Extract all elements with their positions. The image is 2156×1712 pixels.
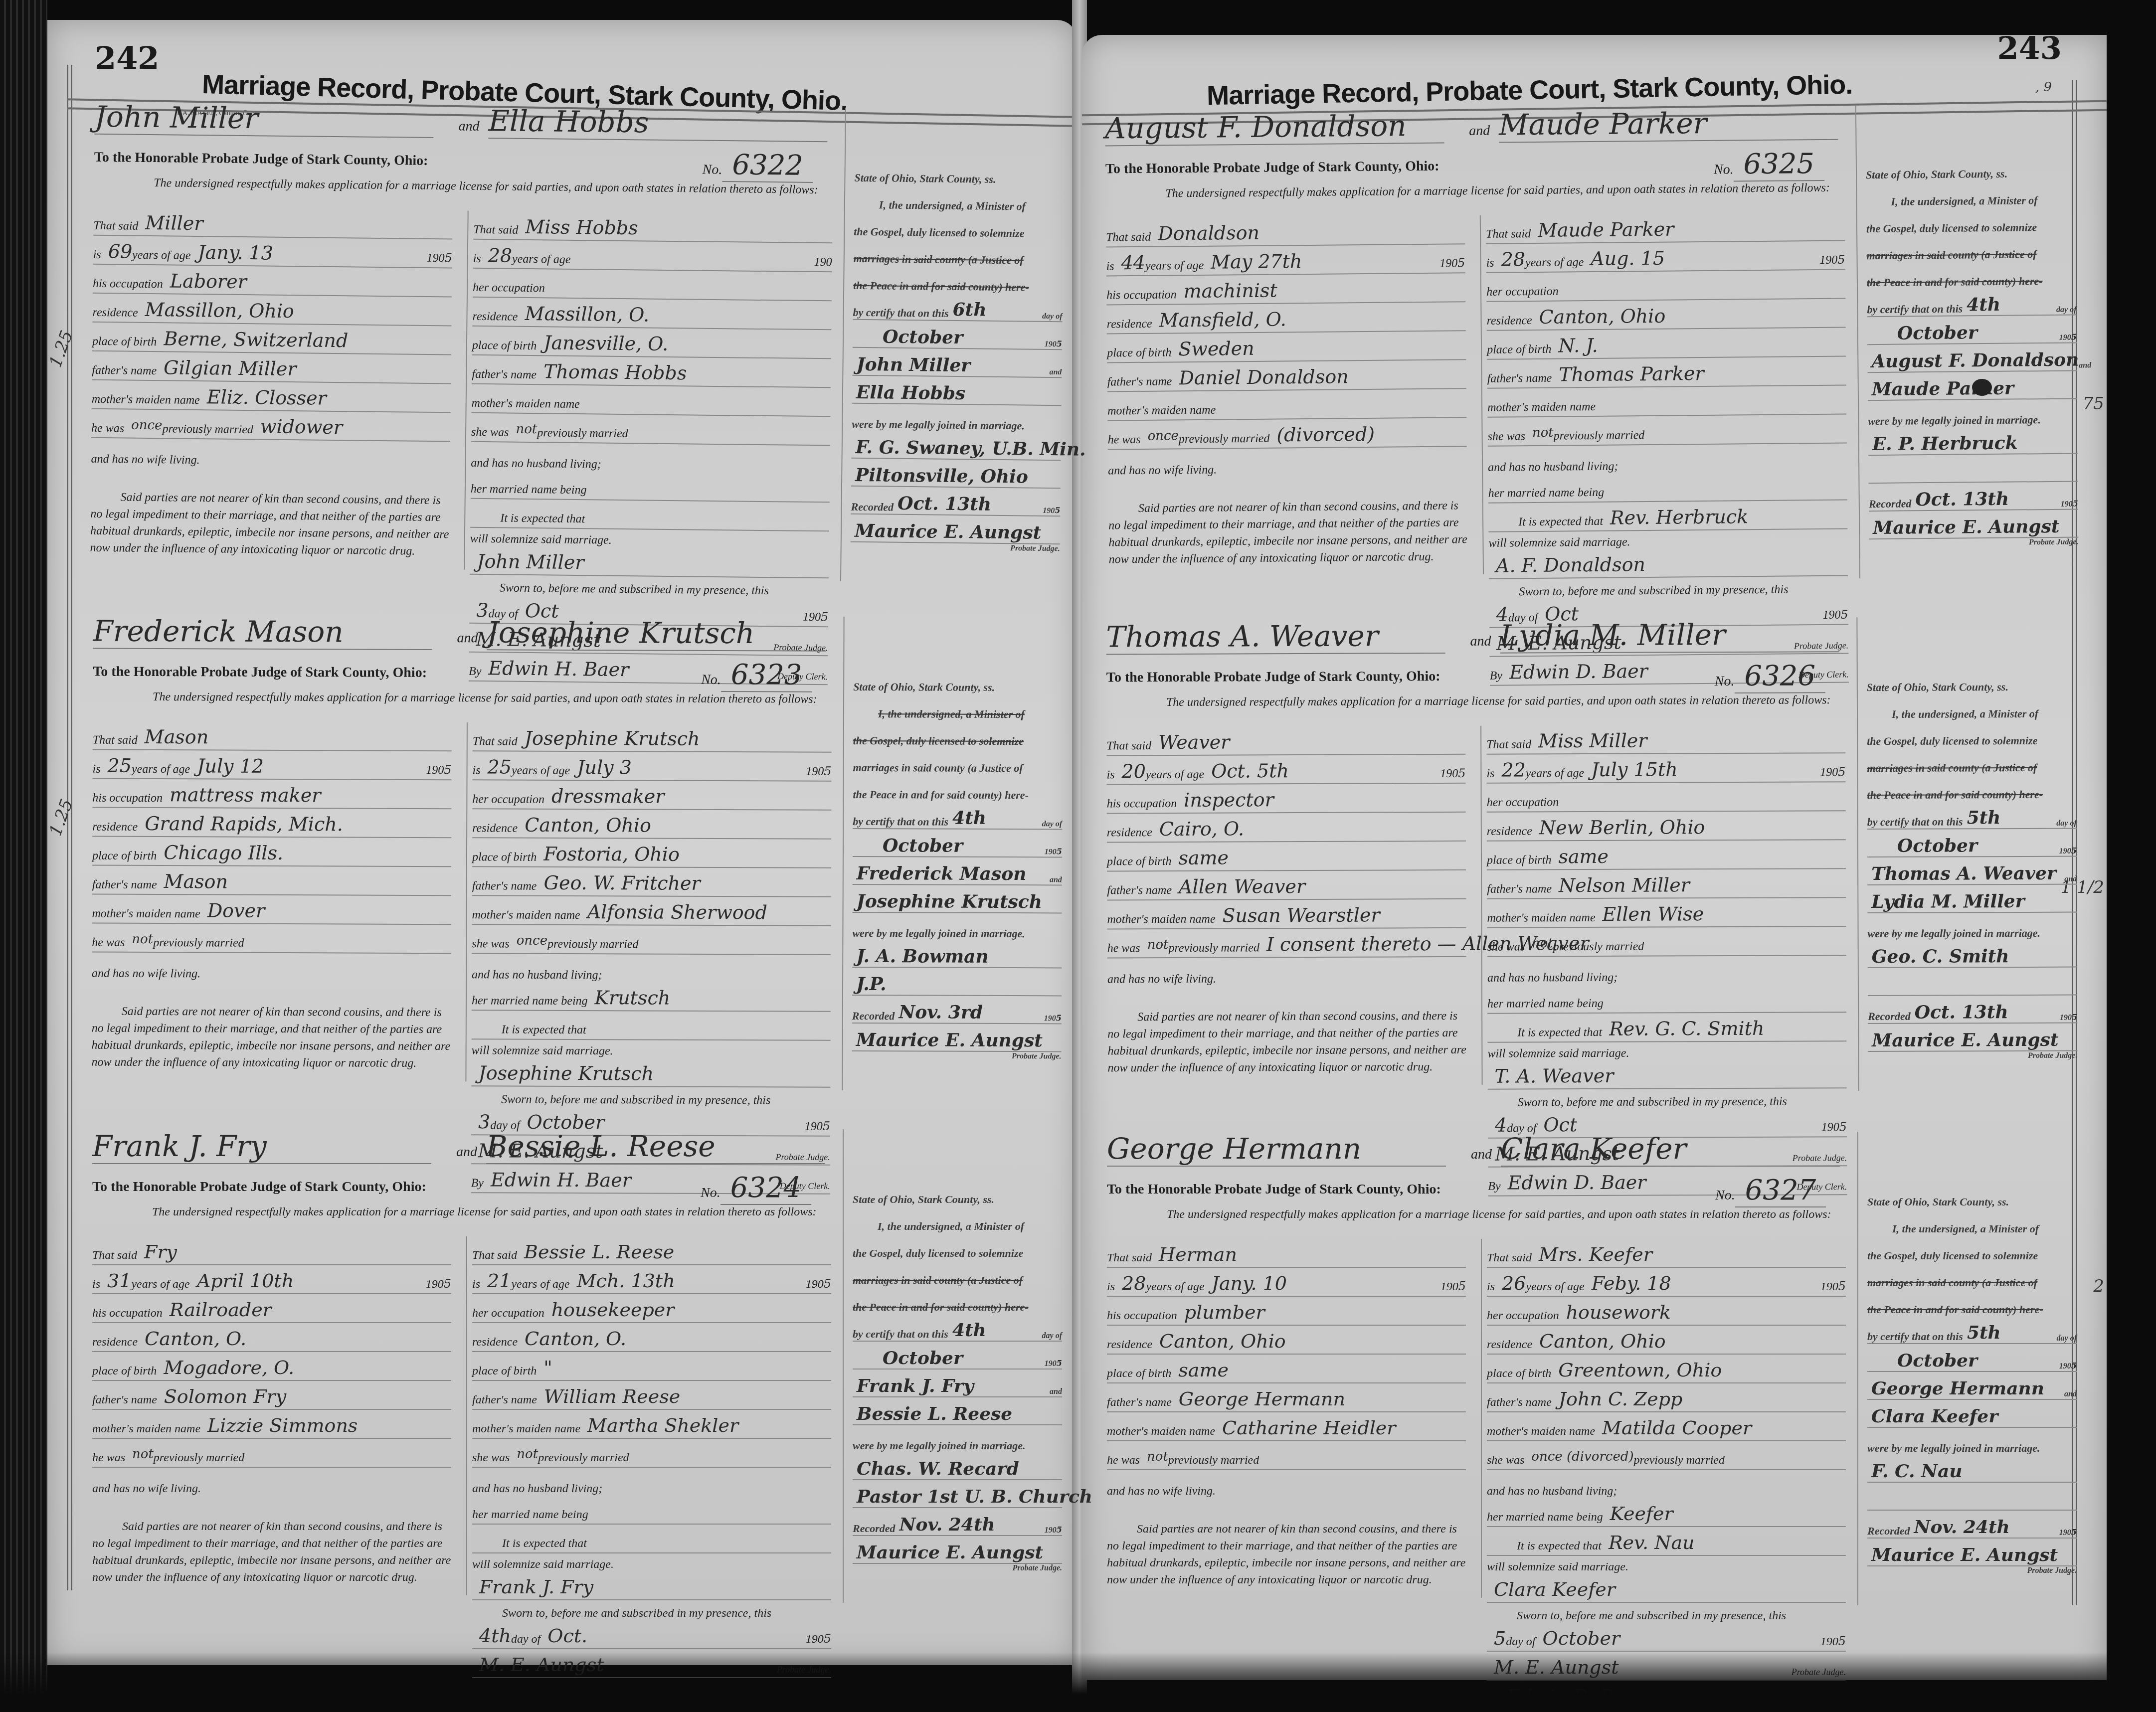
minister-certificate: State of Ohio, Stark County, ss. I, the … bbox=[1867, 1182, 2077, 1575]
cert-groom: George Hermannand bbox=[1867, 1372, 2077, 1400]
record-number: No.6325 bbox=[1714, 148, 1825, 181]
couple-names: August F. Donaldson and Maude Parker bbox=[1100, 105, 1838, 147]
minister-certificate: State of Ohio, Stark County, ss. I, the … bbox=[1866, 153, 2079, 549]
field-father: father's nameGeo. W. Fritcher bbox=[472, 867, 831, 897]
field-prev-married: she wasonce (divorced)previously married bbox=[1487, 1441, 1846, 1470]
cert-month: October1905 bbox=[1867, 829, 2077, 857]
field-mother: mother's maiden name bbox=[471, 384, 831, 417]
field-mother: mother's maiden nameLizzie Simmons bbox=[92, 1410, 451, 1439]
salutation: To the Honorable Probate Judge of Stark … bbox=[1106, 669, 1440, 685]
no-husband-living: and has no husband living; bbox=[1487, 1470, 1846, 1498]
couple-names: George Hermann and Clara Keefer bbox=[1102, 1132, 1840, 1167]
cert-day: by certify that on this4thday of bbox=[1867, 287, 2076, 317]
cert-recorded: RecordedNov. 3rd1905 bbox=[852, 996, 1062, 1024]
groom-column: That saidMason is25years of ageJuly 1219… bbox=[92, 721, 452, 982]
cert-judge-title: Probate Judge. bbox=[1869, 537, 2078, 548]
field-birthplace: place of birth" bbox=[472, 1352, 831, 1381]
and-label: and bbox=[1470, 634, 1491, 650]
cert-day: by certify that on this5thday of bbox=[1867, 1316, 2077, 1344]
field-expected-officiant: It is expected that bbox=[472, 1525, 831, 1553]
applicant-signature: Clara Keefer bbox=[1487, 1574, 1846, 1603]
number-label: No. bbox=[1715, 1188, 1735, 1203]
cert-undersigned: I, the undersigned, a Minister of bbox=[878, 1220, 1024, 1233]
field-occupation: her occupationdressmaker bbox=[472, 780, 831, 811]
couple-names: Frank J. Fry and Bessie L. Reese bbox=[87, 1129, 825, 1164]
cert-month: October1905 bbox=[853, 320, 1063, 350]
no-husband-living: and has no husband living; bbox=[471, 442, 830, 474]
and-label: and bbox=[1469, 123, 1490, 139]
field-that-said: That saidMason bbox=[93, 721, 452, 752]
field-married-name: her married name beingKrutsch bbox=[472, 982, 831, 1012]
affidavit-text: Said parties are not nearer of kin than … bbox=[1107, 1008, 1466, 1077]
bride-column: That saidMaude Parker is28years of ageAu… bbox=[1480, 212, 1848, 574]
bride-column: That saidMiss Miller is22years of ageJul… bbox=[1480, 724, 1847, 1085]
field-age: is28years of age190 bbox=[473, 240, 833, 273]
certificate-divider bbox=[840, 108, 846, 581]
marriage-record: George Hermann and Clara Keefer To the H… bbox=[1102, 1132, 2079, 1605]
field-birthplace: place of birthBerne, Switzerland bbox=[92, 323, 452, 355]
cert-bride: Josephine Krutsch bbox=[853, 885, 1062, 913]
cert-groom: Thomas A. Weaverand bbox=[1867, 857, 2077, 885]
field-that-said: That saidWeaver bbox=[1106, 726, 1465, 756]
sworn-date: 4thday ofOct.1905 bbox=[472, 1620, 831, 1649]
cert-recorded: RecordedNov. 24th1905 bbox=[1867, 1511, 2077, 1539]
cert-officiant: F. C. Nau bbox=[1867, 1455, 2077, 1483]
field-married-name: her married name being bbox=[1487, 984, 1846, 1014]
number-value: 6324 bbox=[720, 1172, 812, 1205]
bride-name: Lydia M. Miller bbox=[1500, 617, 1839, 653]
couple-names: Thomas A. Weaver and Lydia M. Miller bbox=[1101, 617, 1839, 655]
field-age: is25years of ageJuly 121905 bbox=[93, 750, 452, 781]
cert-officiant-line2 bbox=[1867, 1483, 2077, 1511]
field-that-said: That saidBessie L. Reese bbox=[472, 1236, 831, 1265]
cert-undersigned: I, the undersigned, a Minister of bbox=[1892, 707, 2038, 721]
cert-peace: the Peace in and for said county) here- bbox=[1867, 1303, 2043, 1316]
minister-certificate: State of Ohio, Stark County, ss. I, the … bbox=[853, 1179, 1062, 1573]
field-mother: mother's maiden nameAlfonsia Sherwood bbox=[472, 896, 831, 926]
application-intro: The undersigned respectfully makes appli… bbox=[93, 689, 826, 707]
groom-name: Frederick Mason bbox=[93, 614, 432, 650]
cert-joined: were by me legally joined in marriage. bbox=[852, 913, 1062, 940]
field-prev-married: she wasnotpreviously married bbox=[472, 1439, 831, 1468]
application-intro: The undersigned respectfully makes appli… bbox=[1107, 1206, 1840, 1222]
cert-officiant: E. P. Herbruck bbox=[1868, 426, 2077, 456]
field-prev-married: he wasnotpreviously married bbox=[92, 1439, 451, 1468]
sworn-text: Sworn to, before me and subscribed in my… bbox=[1488, 1088, 1847, 1110]
field-occupation: his occupationplumber bbox=[1107, 1297, 1466, 1326]
field-occupation: her occupation bbox=[1486, 782, 1845, 813]
field-father: father's nameSolomon Fry bbox=[92, 1381, 451, 1410]
cert-day: by certify that on this6thday of bbox=[853, 292, 1063, 322]
groom-name: George Hermann bbox=[1107, 1132, 1446, 1167]
cert-judge-title: Probate Judge. bbox=[852, 1051, 1062, 1061]
marriage-record: Frederick Mason and Josephine Krutsch To… bbox=[86, 614, 1065, 1091]
groom-name: Frank J. Fry bbox=[92, 1129, 431, 1164]
affidavit-text: Said parties are not nearer of kin than … bbox=[1108, 497, 1468, 568]
field-father: father's nameNelson Miller bbox=[1487, 869, 1846, 899]
cert-judge: Maurice E. Aungst bbox=[1869, 510, 2078, 539]
cert-joined: were by me legally joined in marriage. bbox=[852, 404, 1062, 433]
margin-note: 75 bbox=[2083, 394, 2104, 414]
groom-name: John Miller bbox=[94, 100, 434, 138]
couple-names: John Miller and Ella Hobbs bbox=[89, 100, 828, 142]
cert-judge-title: Probate Judge. bbox=[1867, 1566, 2077, 1575]
field-residence: residenceCanton, Ohio bbox=[1486, 299, 1845, 331]
cert-groom: August F. Donaldsonand bbox=[1867, 343, 2077, 373]
salutation: To the Honorable Probate Judge of Stark … bbox=[1105, 159, 1439, 177]
field-occupation: his occupationLaborer bbox=[93, 265, 452, 298]
field-birthplace: place of birthsame bbox=[1107, 1355, 1466, 1383]
cert-joined: were by me legally joined in marriage. bbox=[1867, 913, 2077, 940]
field-residence: residenceCanton, Ohio bbox=[1107, 1326, 1466, 1355]
cert-officiant-line2 bbox=[1868, 454, 2078, 484]
applicant-signature: T. A. Weaver bbox=[1487, 1059, 1846, 1090]
field-occupation: his occupationinspector bbox=[1107, 784, 1466, 814]
field-prev-married: he wasoncepreviously married(divorced) bbox=[1107, 418, 1466, 450]
cert-bride: Lydia M. Miller bbox=[1867, 885, 2077, 913]
field-married-name: her married name being bbox=[471, 470, 830, 503]
field-age: is31years of ageApril 10th1905 bbox=[92, 1265, 451, 1294]
cert-marriages: marriages in said county (a Justice of bbox=[853, 761, 1023, 775]
bride-column: That saidMrs. Keefer is26years of ageFeb… bbox=[1481, 1239, 1846, 1598]
application-intro: The undersigned respectfully makes appli… bbox=[1106, 692, 1839, 710]
cert-month: October1905 bbox=[1867, 1344, 2077, 1372]
will-solemnize: will solemnize said marriage. bbox=[472, 1039, 831, 1059]
no-husband-living: and has no husband living; bbox=[472, 954, 831, 983]
certificate-divider bbox=[1856, 617, 1859, 1091]
cert-state: State of Ohio, Stark County, ss. bbox=[853, 667, 1063, 694]
cert-undersigned: I, the undersigned, a Minister of bbox=[1892, 1222, 2039, 1235]
cert-officiant: J. A. Bowman bbox=[852, 940, 1062, 968]
cert-judge: Maurice E. Aungst bbox=[1867, 1539, 2077, 1566]
field-birthplace: place of birthsame bbox=[1487, 840, 1846, 870]
cert-month: October1905 bbox=[1867, 315, 2077, 345]
field-father: father's nameMason bbox=[92, 866, 451, 896]
minister-certificate: State of Ohio, Stark County, ss. I, the … bbox=[852, 667, 1063, 1061]
applicant-signature: Frank J. Fry bbox=[472, 1571, 831, 1600]
applicant-signature: A. F. Donaldson bbox=[1489, 547, 1848, 579]
field-mother: mother's maiden nameEliz. Closser bbox=[92, 380, 451, 413]
groom-name: Thomas A. Weaver bbox=[1106, 619, 1445, 655]
bride-name: Maude Parker bbox=[1499, 105, 1838, 143]
number-label: No. bbox=[701, 672, 721, 687]
field-age: is44years of ageMay 27th1905 bbox=[1106, 244, 1465, 276]
cert-bride: Ella Hobbs bbox=[852, 376, 1062, 406]
field-residence: residenceCanton, O. bbox=[472, 1323, 831, 1352]
field-prev-married: he wasnotpreviously married bbox=[1107, 1441, 1466, 1470]
cert-officiant: Geo. C. Smith bbox=[1868, 940, 2077, 968]
record-number: No.6323 bbox=[701, 659, 812, 691]
cert-judge: Maurice E. Aungst bbox=[853, 1536, 1062, 1564]
cert-groom: John Millerand bbox=[852, 348, 1062, 378]
record-number: No.6326 bbox=[1715, 660, 1825, 692]
field-married-name: her married name being bbox=[472, 1496, 831, 1525]
and-label: and bbox=[457, 630, 478, 646]
field-that-said: That saidMiss Hobbs bbox=[473, 211, 833, 244]
field-married-name: her married name being bbox=[1488, 472, 1847, 504]
field-residence: residenceNew Berlin, Ohio bbox=[1487, 811, 1846, 842]
field-mother: mother's maiden nameCatharine Heidler bbox=[1107, 1412, 1466, 1441]
field-birthplace: place of birthChicago Ills. bbox=[92, 837, 451, 867]
field-residence: residenceGrand Rapids, Mich. bbox=[92, 808, 451, 839]
field-expected-officiant: It is expected thatRev. G. C. Smith bbox=[1487, 1013, 1846, 1043]
book-edge-shadow bbox=[0, 1652, 2156, 1712]
cert-joined: were by me legally joined in marriage. bbox=[1868, 399, 2077, 428]
field-residence: residenceMansfield, O. bbox=[1106, 302, 1465, 334]
field-that-said: That saidMiss Miller bbox=[1486, 724, 1845, 755]
page-number: 242 bbox=[95, 40, 159, 76]
field-occupation: his occupationmachinist bbox=[1106, 273, 1465, 305]
cert-state: State of Ohio, Stark County, ss. bbox=[1867, 667, 2076, 694]
field-age: is21years of ageMch. 13th1905 bbox=[472, 1265, 831, 1294]
no-wife-living: and has no wife living. bbox=[92, 953, 451, 982]
field-age: is22years of ageJuly 15th1905 bbox=[1486, 753, 1845, 784]
bride-name: Ella Hobbs bbox=[488, 104, 828, 142]
groom-column: That saidFry is31years of ageApril 10th1… bbox=[92, 1236, 451, 1496]
field-residence: residenceCanton, O. bbox=[92, 1323, 451, 1352]
no-wife-living: and has no wife living. bbox=[1108, 447, 1467, 478]
and-label: and bbox=[456, 1144, 477, 1160]
certificate-divider bbox=[1857, 1132, 1858, 1605]
minister-certificate: State of Ohio, Stark County, ss. I, the … bbox=[1867, 667, 2078, 1061]
cert-day: by certify that on this4thday of bbox=[853, 1314, 1062, 1342]
cert-month: October1905 bbox=[853, 829, 1062, 857]
cert-peace: the Peace in and for said county) here- bbox=[853, 279, 1029, 294]
cert-officiant: F. G. Swaney, U.B. Min. bbox=[852, 431, 1062, 461]
no-wife-living: and has no wife living. bbox=[1107, 1470, 1466, 1498]
field-father: father's nameAllen Weaver bbox=[1107, 870, 1466, 901]
margin-note: 2 bbox=[2093, 1276, 2104, 1296]
application-intro: The undersigned respectfully makes appli… bbox=[92, 1204, 825, 1220]
marriage-record: Frank J. Fry and Bessie L. Reese To the … bbox=[87, 1129, 1065, 1603]
cert-gospel: the Gospel, duly licensed to solemnize bbox=[853, 1247, 1023, 1260]
field-that-said: That saidDonaldson bbox=[1106, 215, 1465, 247]
field-prev-married: she wasnotpreviously married bbox=[1487, 415, 1846, 447]
field-birthplace: place of birthsame bbox=[1107, 842, 1466, 872]
affidavit-text: Said parties are not nearer of kin than … bbox=[92, 1518, 451, 1586]
cert-undersigned: I, the undersigned, a Minister of bbox=[879, 198, 1026, 213]
cert-day: by certify that on this4thday of bbox=[853, 801, 1062, 830]
field-father: father's nameDaniel Donaldson bbox=[1107, 360, 1466, 392]
field-mother: mother's maiden name bbox=[1487, 386, 1846, 418]
bride-column: That saidMiss Hobbs is28years of age190 … bbox=[464, 211, 832, 574]
field-occupation: his occupationmattress maker bbox=[92, 779, 451, 810]
field-birthplace: place of birthMogadore, O. bbox=[92, 1352, 451, 1381]
cert-month: October1905 bbox=[853, 1342, 1062, 1370]
field-father: father's nameGeorge Hermann bbox=[1107, 1383, 1466, 1412]
no-wife-living: and has no wife living. bbox=[92, 1468, 451, 1496]
no-husband-living: and has no husband living; bbox=[1488, 444, 1847, 475]
cert-day: by certify that on this5thday of bbox=[1867, 801, 2077, 830]
number-label: No. bbox=[701, 1185, 720, 1200]
cert-groom: Frank J. Fryand bbox=[853, 1370, 1062, 1397]
field-prev-married: she wasnotpreviously married bbox=[471, 413, 831, 446]
field-residence: residenceMassillon, O. bbox=[472, 298, 832, 331]
cert-marriages: marriages in said county (a Justice of bbox=[1867, 1276, 2037, 1289]
cert-joined: were by me legally joined in marriage. bbox=[853, 1425, 1062, 1452]
field-father: father's nameThomas Parker bbox=[1487, 357, 1846, 389]
bride-name: Josephine Krutsch bbox=[487, 615, 826, 651]
cert-state: State of Ohio, Stark County, ss. bbox=[854, 158, 1064, 186]
cert-gospel: the Gospel, duly licensed to solemnize bbox=[853, 734, 1024, 748]
will-solemnize: will solemnize said marriage. bbox=[472, 1553, 831, 1571]
cert-recorded: RecordedOct. 13th1905 bbox=[851, 487, 1061, 516]
sworn-text: Sworn to, before me and subscribed in my… bbox=[1487, 1603, 1846, 1623]
field-mother: mother's maiden nameMartha Shekler bbox=[472, 1410, 831, 1439]
field-prev-married: he wasnotpreviously married bbox=[92, 924, 451, 954]
cert-recorded: RecordedNov. 24th1905 bbox=[853, 1508, 1062, 1536]
field-age: is69years of ageJany. 131905 bbox=[93, 236, 453, 269]
cert-marriages: marriages in said county (a Justice of bbox=[1866, 248, 2036, 262]
cert-bride: Bessie L. Reese bbox=[853, 1397, 1062, 1425]
certificate-divider bbox=[843, 1129, 844, 1603]
cert-officiant-line2 bbox=[1868, 968, 2077, 996]
field-occupation: her occupation bbox=[473, 269, 832, 302]
affidavit-text: Said parties are not nearer of kin than … bbox=[91, 1003, 450, 1072]
applicant-signature: Josephine Krutsch bbox=[471, 1057, 830, 1088]
field-father: father's nameGilgian Miller bbox=[92, 351, 451, 384]
number-label: No. bbox=[1714, 162, 1734, 177]
no-husband-living: and has no husband living; bbox=[1487, 956, 1846, 985]
cert-judge: Maurice E. Aungst bbox=[852, 1024, 1062, 1052]
no-husband-living: and has no husband living; bbox=[472, 1468, 831, 1496]
field-mother: mother's maiden nameMatilda Cooper bbox=[1487, 1412, 1846, 1441]
field-prev-married: she wasnotpreviously married bbox=[1487, 927, 1846, 957]
will-solemnize: will solemnize said marriage. bbox=[1487, 1556, 1846, 1574]
record-number: No.6324 bbox=[701, 1172, 811, 1204]
field-age: is20years of ageOct. 5th1905 bbox=[1106, 755, 1465, 785]
field-age: is28years of ageJany. 101905 bbox=[1107, 1268, 1466, 1297]
field-mother: mother's maiden name bbox=[1107, 389, 1466, 421]
cert-gospel: the Gospel, duly licensed to solemnize bbox=[1867, 1249, 2038, 1262]
affidavit-text: Said parties are not nearer of kin than … bbox=[1107, 1521, 1466, 1588]
salutation: To the Honorable Probate Judge of Stark … bbox=[93, 664, 427, 681]
salutation: To the Honorable Probate Judge of Stark … bbox=[92, 1179, 426, 1195]
field-expected-officiant: It is expected that bbox=[470, 499, 830, 532]
field-that-said: That saidJosephine Krutsch bbox=[473, 722, 832, 753]
number-label: No. bbox=[702, 162, 722, 177]
and-label: and bbox=[1471, 1147, 1492, 1163]
field-occupation: her occupation bbox=[1486, 270, 1845, 302]
field-that-said: That saidMaude Parker bbox=[1486, 212, 1845, 244]
field-birthplace: place of birthN. J. bbox=[1487, 328, 1846, 360]
cert-peace: the Peace in and for said county) here- bbox=[853, 788, 1029, 802]
sworn-text: Sworn to, before me and subscribed in my… bbox=[472, 1600, 831, 1620]
cert-recorded: RecordedOct. 13th1905 bbox=[1868, 482, 2078, 512]
cert-judge: Maurice E. Aungst bbox=[1868, 1024, 2077, 1052]
certificate-divider bbox=[842, 617, 844, 1090]
field-father: father's nameThomas Hobbs bbox=[472, 355, 831, 388]
cert-officiant-line2: J.P. bbox=[852, 968, 1062, 996]
bride-name: Clara Keefer bbox=[1501, 1132, 1840, 1167]
salutation: To the Honorable Probate Judge of Stark … bbox=[1107, 1182, 1441, 1198]
number-value: 6326 bbox=[1734, 660, 1825, 693]
field-father: father's nameWilliam Reese bbox=[472, 1381, 831, 1410]
affidavit-text: Said parties are not nearer of kin than … bbox=[90, 489, 449, 560]
field-father: father's nameJohn C. Zepp bbox=[1487, 1383, 1846, 1412]
cert-joined: were by me legally joined in marriage. bbox=[1867, 1428, 2077, 1455]
number-value: 6325 bbox=[1733, 148, 1824, 182]
cert-peace: the Peace in and for said county) here- bbox=[1867, 788, 2043, 802]
field-birthplace: place of birthFostoria, Ohio bbox=[472, 838, 831, 868]
cert-judge-title: Probate Judge. bbox=[853, 1564, 1062, 1573]
field-expected-officiant: It is expected thatRev. Nau bbox=[1487, 1527, 1846, 1556]
cert-judge-title: Probate Judge. bbox=[851, 542, 1060, 553]
cert-marriages: marriages in said county (a Justice of bbox=[853, 1274, 1023, 1287]
marriage-record: John Miller and Ella Hobbs To the Honora… bbox=[85, 100, 1067, 583]
field-residence: residenceCanton, Ohio bbox=[1487, 1326, 1846, 1355]
cert-state: State of Ohio, Stark County, ss. bbox=[1867, 1182, 2077, 1208]
field-that-said: That saidMrs. Keefer bbox=[1487, 1239, 1846, 1268]
field-married-name: her married name beingKeefer bbox=[1487, 1498, 1846, 1527]
cert-state: State of Ohio, Stark County, ss. bbox=[1866, 153, 2075, 182]
and-label: and bbox=[458, 119, 479, 135]
number-label: No. bbox=[1715, 674, 1735, 689]
field-age: is26years of ageFeby. 181905 bbox=[1487, 1268, 1846, 1297]
record-number: No.6322 bbox=[702, 149, 813, 182]
field-residence: residenceMassillon, Ohio bbox=[92, 294, 452, 327]
cert-undersigned: I, the undersigned, a Minister of bbox=[878, 707, 1025, 721]
field-expected-officiant: It is expected that bbox=[472, 1011, 831, 1041]
marriage-record: Thomas A. Weaver and Lydia M. Miller To … bbox=[1101, 617, 2080, 1094]
groom-column: That saidDonaldson is44years of ageMay 2… bbox=[1106, 215, 1467, 478]
field-occupation: her occupationhousekeeper bbox=[472, 1294, 831, 1323]
ledger-scan: 242 Marriage Record, Probate Court, Star… bbox=[0, 0, 2156, 1712]
cert-officiant: Chas. W. Recard bbox=[853, 1452, 1062, 1480]
cert-gospel: the Gospel, duly licensed to solemnize bbox=[1867, 734, 2037, 748]
field-age: is28years of ageAug. 151905 bbox=[1486, 241, 1845, 273]
groom-name: August F. Donaldson bbox=[1105, 109, 1444, 147]
bride-column: That saidJosephine Krutsch is25years of … bbox=[465, 722, 832, 1083]
field-birthplace: place of birthSweden bbox=[1107, 331, 1466, 363]
groom-column: That saidHerman is28years of ageJany. 10… bbox=[1107, 1239, 1466, 1498]
cert-gospel: the Gospel, duly licensed to solemnize bbox=[854, 225, 1024, 240]
salutation: To the Honorable Probate Judge of Stark … bbox=[94, 150, 428, 169]
cert-state: State of Ohio, Stark County, ss. bbox=[853, 1179, 1062, 1206]
sworn-text: Sworn to, before me and subscribed in my… bbox=[1489, 576, 1848, 599]
margin-note: , 9 bbox=[2035, 80, 2052, 95]
field-mother: mother's maiden nameEllen Wise bbox=[1487, 898, 1846, 928]
couple-names: Frederick Mason and Josephine Krutsch bbox=[88, 614, 826, 652]
cert-officiant-line2: Piltonsville, Ohio bbox=[851, 459, 1061, 489]
field-that-said: That saidMiller bbox=[93, 207, 453, 240]
bride-column: That saidBessie L. Reese is21years of ag… bbox=[466, 1236, 831, 1595]
certificate-divider bbox=[1855, 105, 1860, 578]
marriage-record: August F. Donaldson and Maude Parker To … bbox=[1100, 103, 2081, 585]
cert-groom: Frederick Masonand bbox=[853, 857, 1062, 885]
field-prev-married: he wasnotpreviously marriedI consent the… bbox=[1107, 928, 1466, 959]
field-that-said: That saidHerman bbox=[1107, 1239, 1466, 1268]
no-wife-living: and has no wife living. bbox=[91, 438, 450, 470]
sworn-text: Sworn to, before me and subscribed in my… bbox=[471, 1086, 830, 1108]
field-prev-married: she wasoncepreviously married bbox=[472, 925, 831, 955]
record-number: No.6327 bbox=[1715, 1174, 1826, 1206]
groom-column: That saidMiller is69years of ageJany. 13… bbox=[91, 207, 452, 470]
cert-officiant-line2: Pastor 1st U. B. Church bbox=[853, 1480, 1062, 1508]
cert-judge: Maurice E. Aungst bbox=[851, 514, 1061, 544]
number-value: 6323 bbox=[721, 659, 812, 692]
field-birthplace: place of birthGreentown, Ohio bbox=[1487, 1355, 1846, 1383]
margin-note: 1.25 bbox=[45, 328, 77, 370]
cert-undersigned: I, the undersigned, a Minister of bbox=[1891, 194, 2037, 208]
cert-marriages: marriages in said county (a Justice of bbox=[854, 252, 1024, 267]
field-age: is25years of ageJuly 31905 bbox=[473, 751, 832, 782]
field-expected-officiant: It is expected thatRev. Herbruck bbox=[1488, 501, 1847, 532]
cert-marriages: marriages in said county (a Justice of bbox=[1867, 761, 2037, 775]
cert-bride: Clara Keefer bbox=[1867, 1400, 2077, 1428]
groom-column: That saidWeaver is20years of ageOct. 5th… bbox=[1106, 726, 1466, 987]
field-occupation: her occupationhousework bbox=[1487, 1297, 1846, 1326]
